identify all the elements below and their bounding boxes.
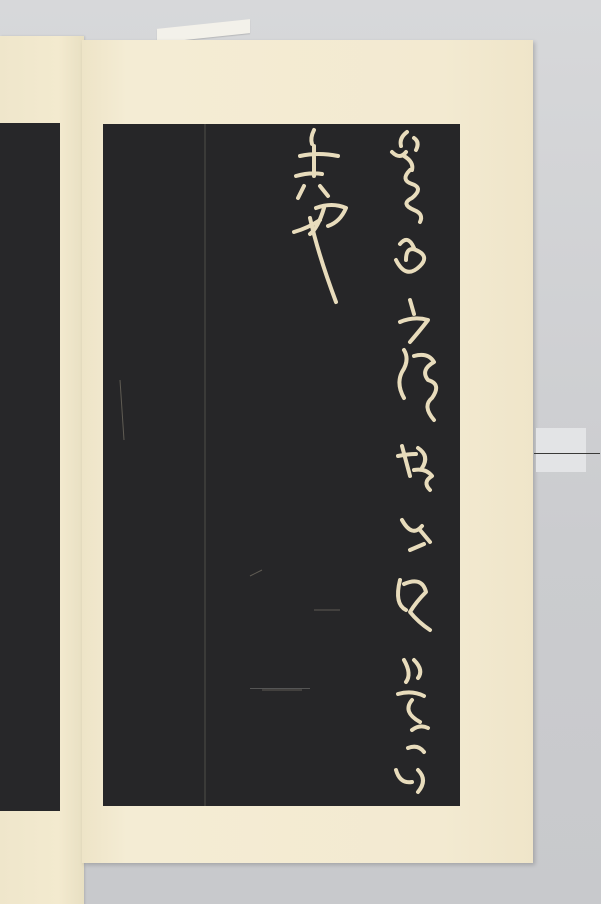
calligraphy-strokes <box>0 0 601 904</box>
